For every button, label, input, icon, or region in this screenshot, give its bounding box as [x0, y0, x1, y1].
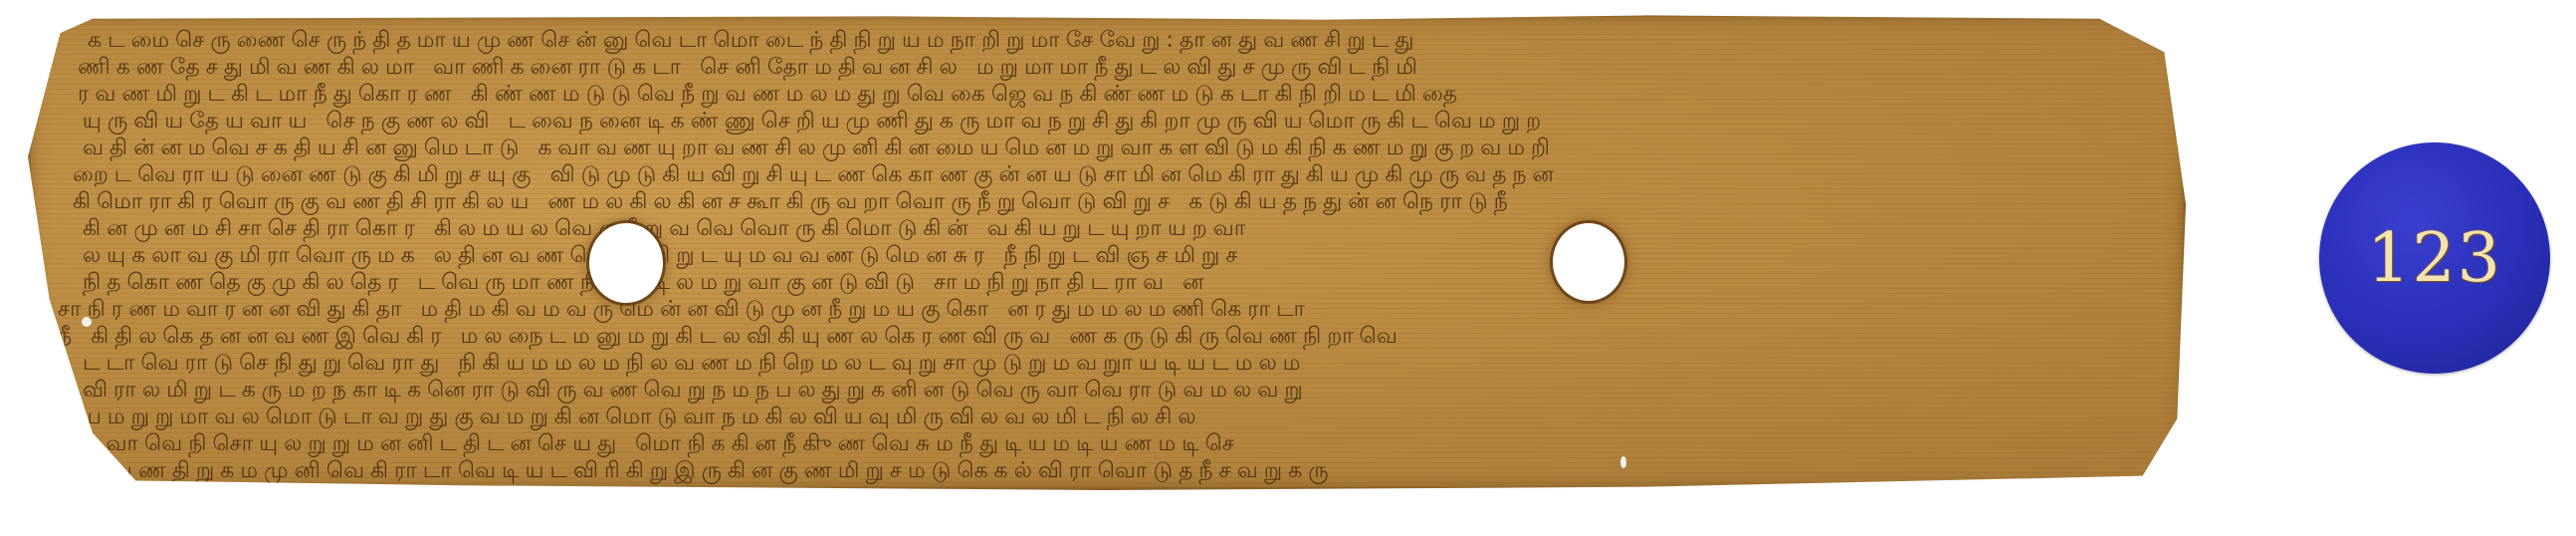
manuscript-line: றைடவெராயடுனைணடுகுகிமிறுசயுகு விடுமுடுகிய… — [73, 162, 2133, 188]
manuscript-line: யமறுறுமாவலமொடுடாவறுதுகுவமறுகினமொடுவாநமகி… — [83, 404, 2133, 430]
pin-speck — [1620, 456, 1626, 468]
catalog-number: 123 — [2367, 219, 2502, 298]
manuscript-line: ரவணமிறுடகிடமாநீதுகொரண கிண்ணமடுடுவெநீறுவண… — [78, 82, 2138, 108]
binding-hole-right — [1553, 223, 1624, 301]
pin-speck — [82, 317, 92, 327]
manuscript-line: கடமைசெருணைசெருந்திதமாயமுணசென்னுவெடாமொடைந… — [88, 28, 2138, 54]
manuscript-line: கினமுனமசிசாசெதிராகொர கிலமயலவெருநீறுவவெவொ… — [83, 216, 2133, 242]
manuscript-line: வதின்னமவெசகதியசினனுமெடாடு கவாவணயுறாவணசில… — [83, 135, 2133, 161]
manuscript-line: டடாவெராடுசெநிதுறுவெராது நிகியமமலமநிலவணமந… — [83, 351, 2133, 377]
manuscript-line: விராலமிறுடகருமறநகாடிகனெராடுவிருவணவெறுநமந… — [83, 378, 2133, 403]
palm-leaf-manuscript: கடமைசெருணைசெருந்திதமாயமுணசென்னுவெடாமொடைந… — [28, 14, 2186, 490]
manuscript-line: வியணதிறுகமமுனிவெகிராடாவெடியடவிரிகிறுஇருக… — [83, 458, 2133, 484]
manuscript-line: லயுகலாவகுமிராவொருமக லதினவணவெணயிறுடயுமவவண… — [83, 243, 2133, 269]
manuscript-line: ணிகணதேசதுமிவணகிலமா வாணிகனைராடுகடா செனிதோ… — [78, 55, 2138, 81]
manuscript-line: யுருவியதேயவாய செநகுணலவி டவைநனைடிகண்ணுசெற… — [83, 109, 2133, 134]
manuscript-line: நீ கிதிலகெதனனவணஇவெகிர மலநைடமனுமறுகிடலவிக… — [58, 324, 2128, 350]
manuscript-line: கிமொராகிரவொருகுவணதிசிராகிலய ணமலகிலகினசகூ… — [73, 189, 2133, 215]
manuscript-line: நிதகொணதெகுமுகிலதெர டவெருமாணநிறுகிடிலமறுவ… — [83, 270, 2133, 296]
manuscript-line: சாநிரணமவாரனனவிதுகிதா மதிமகிவமவருமென்னவிட… — [58, 297, 2128, 323]
catalog-number-disc: 123 — [2319, 142, 2550, 374]
manuscript-line: டவாவெநிசொயுலறுறுமனனிடதிடனசெயது மொநிககினந… — [83, 431, 2133, 457]
binding-hole-left — [589, 223, 663, 303]
